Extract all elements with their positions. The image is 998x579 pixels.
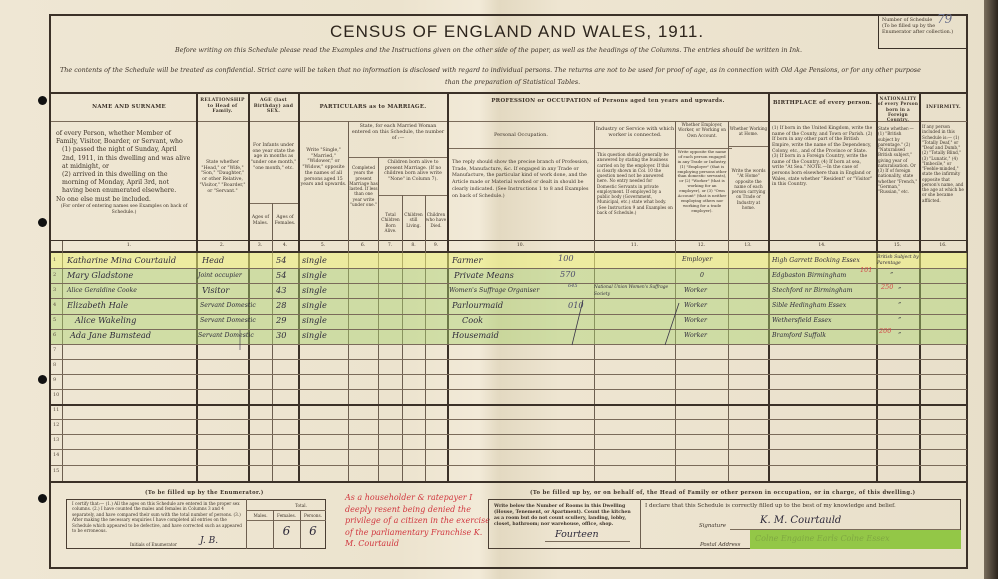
persons-label: Persons. <box>300 513 326 518</box>
row-number: 11 <box>53 407 59 413</box>
row-number: 15 <box>53 468 59 474</box>
enumerator-certification: I certify that:— (1.) All the ages on th… <box>72 501 244 534</box>
initials-label: Initials of Enumerator <box>130 542 177 547</box>
head-of-family-heading: (To be filled up by, or on behalf of, th… <box>530 490 915 496</box>
females-label: Females. <box>273 513 300 518</box>
row-divider <box>246 520 326 521</box>
rooms-value: Fourteen <box>555 529 599 540</box>
col-divider <box>640 499 641 549</box>
row-number: 13 <box>53 437 59 443</box>
declaration-text: I declare that this Schedule is correctl… <box>645 503 896 510</box>
row-number: 12 <box>53 422 59 428</box>
row-number: 8 <box>53 362 56 368</box>
enumerator-heading: (To be filled up by the Enumerator.) <box>145 490 264 496</box>
row-number: 7 <box>53 347 56 353</box>
signature-value: K. M. Courtauld <box>760 515 841 526</box>
suffrage-protest-note: As a householder & ratepayer I deeply re… <box>345 492 495 550</box>
col-divider <box>246 499 247 549</box>
signature-label: Signature <box>699 523 726 530</box>
postal-address-value: Colne Engaine Earls Colne Essex <box>755 534 890 543</box>
row-divider <box>246 510 326 511</box>
males-label: Males. <box>248 513 273 518</box>
total-label: Total. <box>276 503 326 508</box>
row-number: 10 <box>53 392 59 398</box>
females-total: 6 <box>273 524 300 538</box>
postal-address-label: Postal Address <box>700 542 740 549</box>
persons-total: 6 <box>300 524 326 538</box>
rooms-instructions: Write below the Number of Rooms in this … <box>494 504 636 528</box>
initials-value: J. B. <box>200 536 218 546</box>
row-number: 14 <box>53 452 59 458</box>
rooms-underline <box>545 541 630 542</box>
row-number: 9 <box>53 377 56 383</box>
